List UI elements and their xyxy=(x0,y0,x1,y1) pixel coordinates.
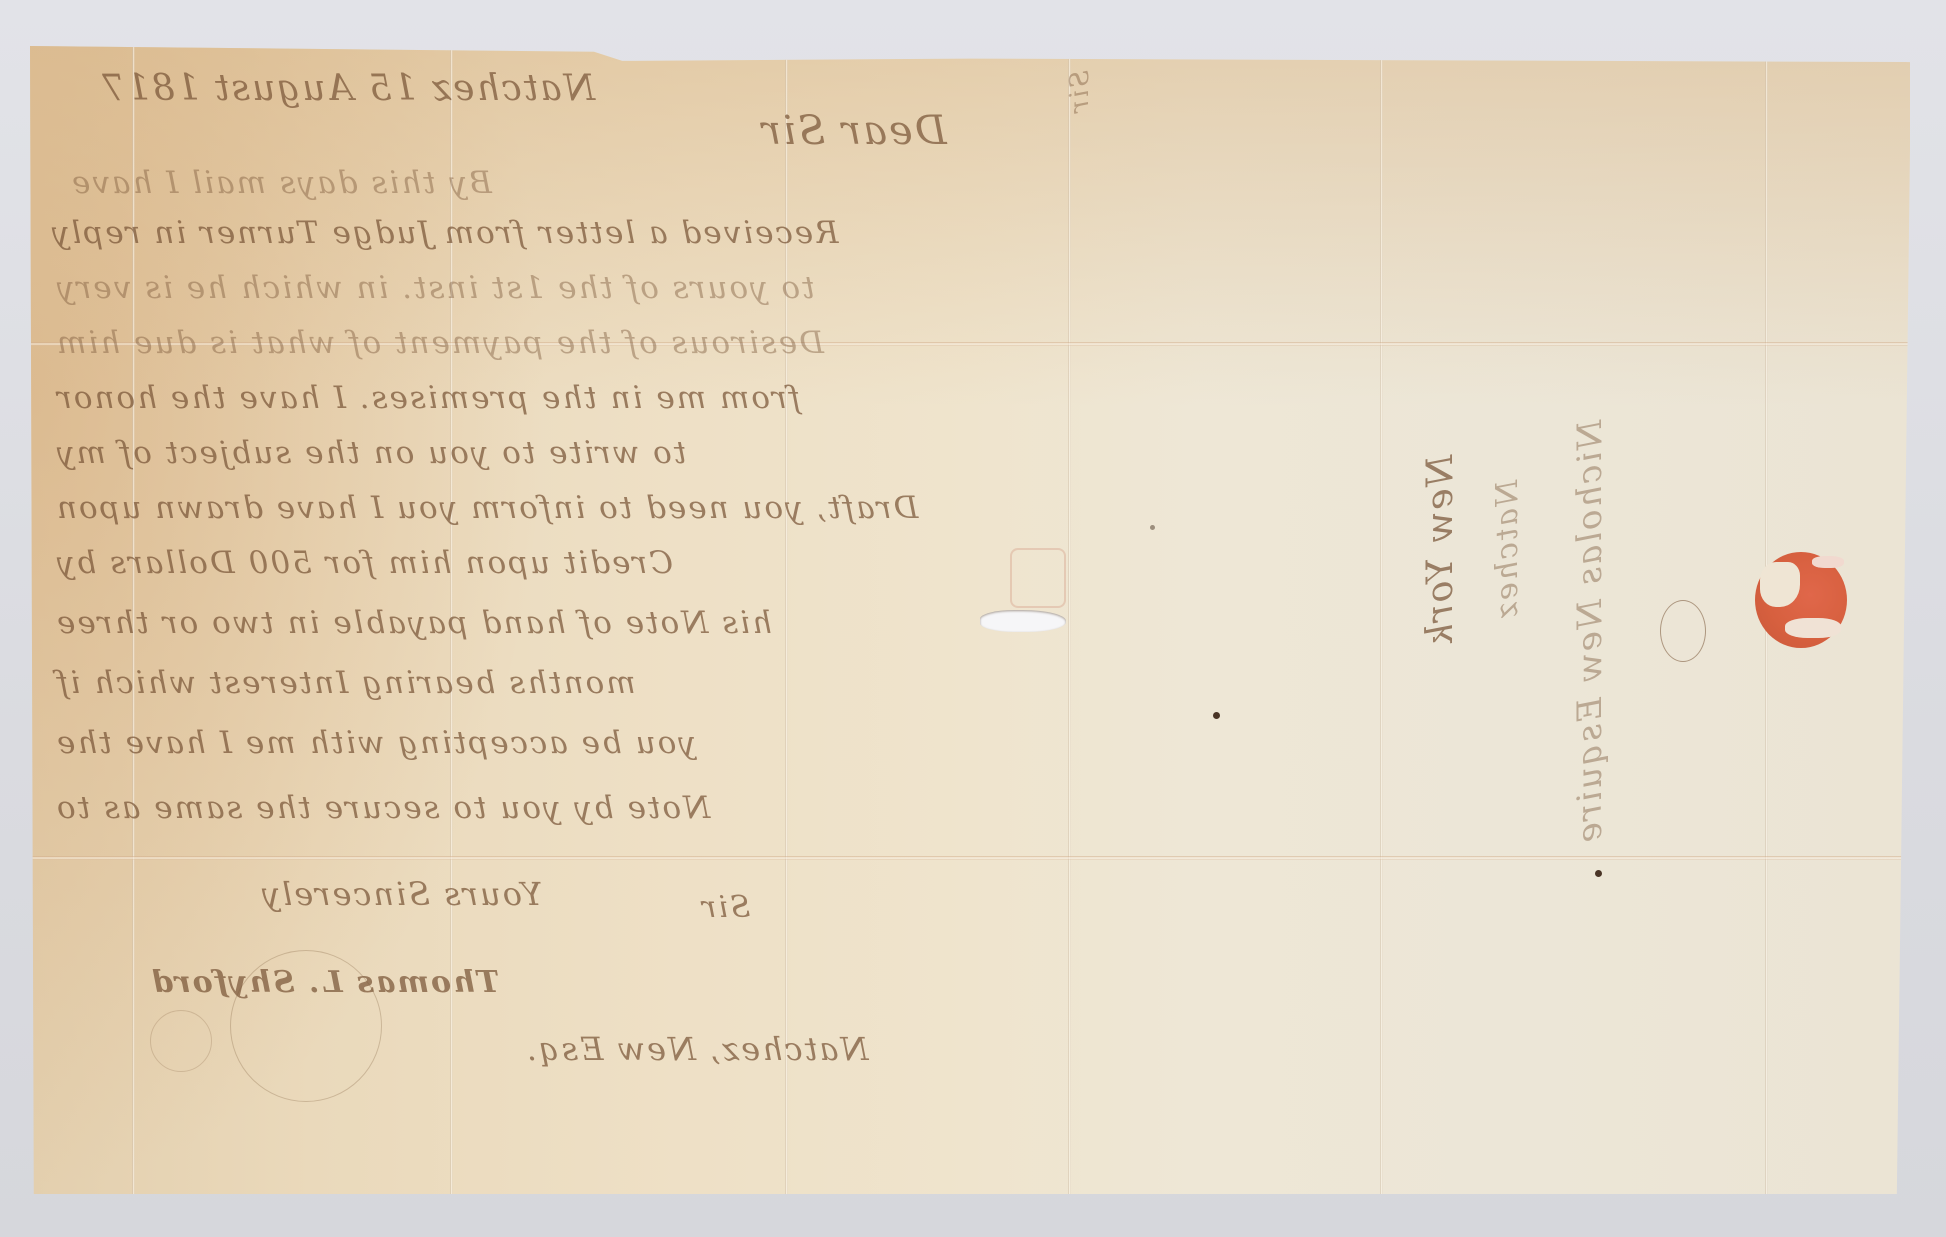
body-line: Desirous of the payment of what is due h… xyxy=(55,325,824,361)
signature-flourish xyxy=(230,950,382,1102)
signature-flourish xyxy=(150,1010,212,1072)
body-line: Note by you to secure the same as to xyxy=(55,790,710,826)
wax-seal-chip xyxy=(1785,618,1841,638)
fold-line-vertical xyxy=(1068,46,1071,1194)
body-line: to yours of the 1st inst. in which he is… xyxy=(55,270,815,306)
wax-seal-chip xyxy=(1760,562,1800,607)
salutation: Dear Sir xyxy=(760,108,947,154)
body-line: his Note of hand payable in two or three xyxy=(55,605,772,641)
address-annotation: New York xyxy=(1420,455,1461,647)
body-line: from me in the premises. I have the hono… xyxy=(55,380,800,416)
body-line: By this days mail I have xyxy=(70,165,492,201)
body-line: months bearing Interest which if xyxy=(55,665,636,701)
body-line: Draft, you need to inform you I have dra… xyxy=(55,490,918,526)
fold-line-vertical xyxy=(1380,46,1383,1194)
ink-dot xyxy=(1150,525,1155,530)
address-line: Nicholas New Esquire xyxy=(1570,420,1610,844)
paper-tear xyxy=(980,610,1066,632)
ink-dot xyxy=(1595,870,1602,877)
flap-writing: Sir xyxy=(1065,70,1095,115)
recipient-line: Natchez, New Esq. xyxy=(525,1030,869,1068)
body-line: to write to you on the subject of my xyxy=(55,435,686,471)
address-line: Natchez xyxy=(1490,480,1525,620)
postmark-circle xyxy=(1660,600,1706,662)
closing-dash: Sir xyxy=(700,890,751,925)
dateline: Natchez 15 August 1817 xyxy=(100,68,595,109)
body-line: you be accepting with me I have the xyxy=(55,725,696,761)
body-line: Received a letter from Judge Turner in r… xyxy=(50,215,839,251)
closing: Yours Sincerely xyxy=(260,875,542,913)
ink-dot xyxy=(1213,712,1220,719)
wax-seal-chip xyxy=(1812,556,1844,568)
fold-line-horizontal xyxy=(30,856,1910,860)
ghost-stamp-mark xyxy=(1010,548,1066,608)
body-line: Credit upon him for 500 Dollars by xyxy=(55,545,673,581)
